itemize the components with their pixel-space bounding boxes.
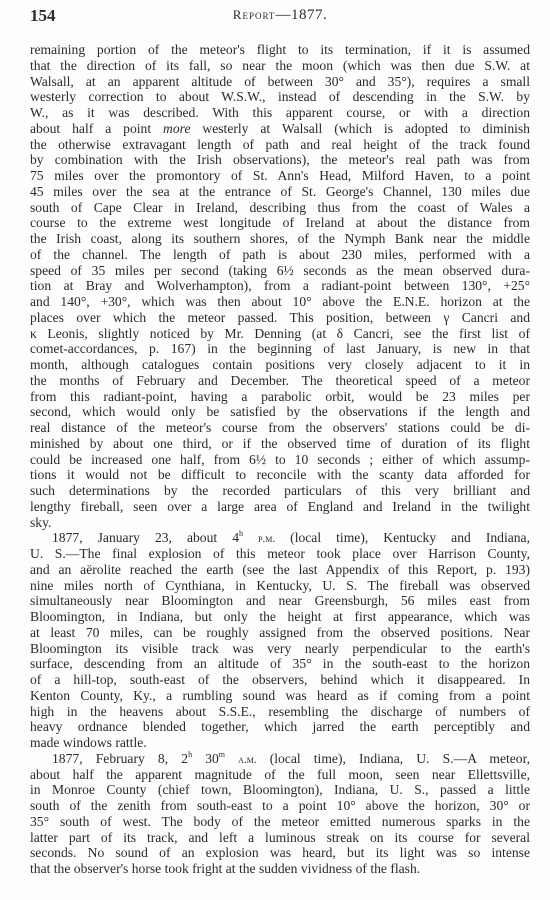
- text-line: Kenton County, Ky., a rumbling sound was…: [30, 688, 530, 704]
- text-line: the Irish coast, along its southern shor…: [30, 231, 530, 247]
- text-line: course to the extreme west longitude of …: [30, 215, 530, 231]
- text-line: tions it would not be difficult to recon…: [30, 467, 530, 483]
- paragraph-february-8-meteor: 1877, February 8, 2h 30m a.m. (local tim…: [30, 751, 530, 877]
- text-line: real distance of the meteor's course fro…: [30, 420, 530, 436]
- text-line: that the direction of its fall, so near …: [30, 58, 530, 74]
- text-line: south of Cape Clear in Ireland, describi…: [30, 200, 530, 216]
- text-line: tion at Bray and Wolverhampton), from a …: [30, 278, 530, 294]
- text-line: such determinations by the recorded part…: [30, 483, 530, 499]
- paragraph-lead-line: 1877, January 23, about 4h p.m. (local t…: [30, 530, 530, 546]
- text-line: the months of February and December. The…: [30, 373, 530, 389]
- text-line: comet-accordances, p. 167) in the beginn…: [30, 341, 530, 357]
- text-line: 75 miles over the promontory of St. Ann'…: [30, 168, 530, 184]
- text-line: south of the zenith from south-east to a…: [30, 798, 530, 814]
- text-line: made windows rattle.: [30, 735, 530, 751]
- text-line: W., as it was described. With this appar…: [30, 105, 530, 121]
- hour-superscript: h: [239, 529, 243, 538]
- entry-location: (local time), Kentucky and Indiana,: [290, 530, 530, 545]
- running-title-year: —1877.: [275, 7, 327, 23]
- page-header: 154 Report—1877.: [30, 6, 530, 28]
- paragraph-january-23-meteor: 1877, January 23, about 4h p.m. (local t…: [30, 530, 530, 751]
- text-line: at least 70 miles, can be roughly assign…: [30, 625, 530, 641]
- text-line: Walsall, at an apparent altitude of betw…: [30, 74, 530, 90]
- running-title: Report—1877.: [30, 7, 530, 24]
- text-line: the otherwise extravagant length of path…: [30, 137, 530, 153]
- paragraph-continuation: remaining portion of the meteor's flight…: [30, 42, 530, 530]
- text-line: 35° south of west. The body of the meteo…: [30, 814, 530, 830]
- text-line: simultaneously near Bloomington and near…: [30, 593, 530, 609]
- text-line: surface, descending from an altitude of …: [30, 656, 530, 672]
- text-line: 45 miles over the sea at the entrance of…: [30, 184, 530, 200]
- text-line: by combination with the Irish observatio…: [30, 152, 530, 168]
- text-line: that the observer's horse took fright at…: [30, 861, 530, 877]
- text-line: Bloomington its visible track was very n…: [30, 641, 530, 657]
- text-line: month, although catalogues contain posit…: [30, 357, 530, 373]
- minutes: 30: [192, 751, 219, 766]
- time-of-day: a.m.: [238, 754, 256, 766]
- text-line: heavy ordnance blended together, which j…: [30, 719, 530, 735]
- body-text: remaining portion of the meteor's flight…: [30, 42, 530, 877]
- text-line: latter part of its track, and left a lum…: [30, 830, 530, 846]
- text-line: and 140°, +30°, which was then about 10°…: [30, 294, 530, 310]
- text-line: could be increased one half, from 6½ to …: [30, 452, 530, 468]
- text-line: lengthy fireball, seen over a large area…: [30, 499, 530, 515]
- text-line: seconds. No sound of an explosion was he…: [30, 845, 530, 861]
- text-line: in Monroe County (chief town, Bloomingto…: [30, 782, 530, 798]
- time-of-day: p.m.: [258, 533, 275, 545]
- text-line: of the channel. The length of path is ab…: [30, 247, 530, 263]
- italic-emphasis: more: [163, 121, 190, 136]
- entry-location: (local time), Indiana, U. S.—A meteor,: [270, 751, 530, 766]
- text-line: of a hill-top, south-east of the observe…: [30, 672, 530, 688]
- text-line: remaining portion of the meteor's flight…: [30, 42, 530, 58]
- text-line: sky.: [30, 515, 530, 531]
- paragraph-lead-line: 1877, February 8, 2h 30m a.m. (local tim…: [30, 751, 530, 767]
- minute-superscript: m: [219, 750, 225, 759]
- text-line: U. S.—The final explosion of this meteor…: [30, 546, 530, 562]
- text-line: minished by about one third, or if the o…: [30, 436, 530, 452]
- text-line: from this radiant-point, having a parabo…: [30, 389, 530, 405]
- text-line: nine miles north of Cynthiana, in Kentuc…: [30, 578, 530, 594]
- entry-date: 1877, February 8, 2: [52, 751, 188, 766]
- text-line-with-italic: about half a point more westerly at Wals…: [30, 121, 530, 137]
- text-line: second, which would only be satisfied by…: [30, 404, 530, 420]
- text-line: high in the heavens about S.S.E., resemb…: [30, 704, 530, 720]
- text-line: κ Leonis, slightly noticed by Mr. Dennin…: [30, 326, 530, 342]
- entry-date: 1877, January 23, about 4: [52, 530, 239, 545]
- text-line: Bloomington, in Indiana, but only the he…: [30, 609, 530, 625]
- running-title-word: Report: [233, 7, 276, 22]
- text-line: westerly correction to about W.S.W., ins…: [30, 89, 530, 105]
- text-line: and an aërolite reached the earth (see t…: [30, 562, 530, 578]
- text-line: speed of 35 miles per second (taking 6½ …: [30, 263, 530, 279]
- text-line: about half the apparent magnitude of the…: [30, 767, 530, 783]
- text-line: places over which the meteor passed. Thi…: [30, 310, 530, 326]
